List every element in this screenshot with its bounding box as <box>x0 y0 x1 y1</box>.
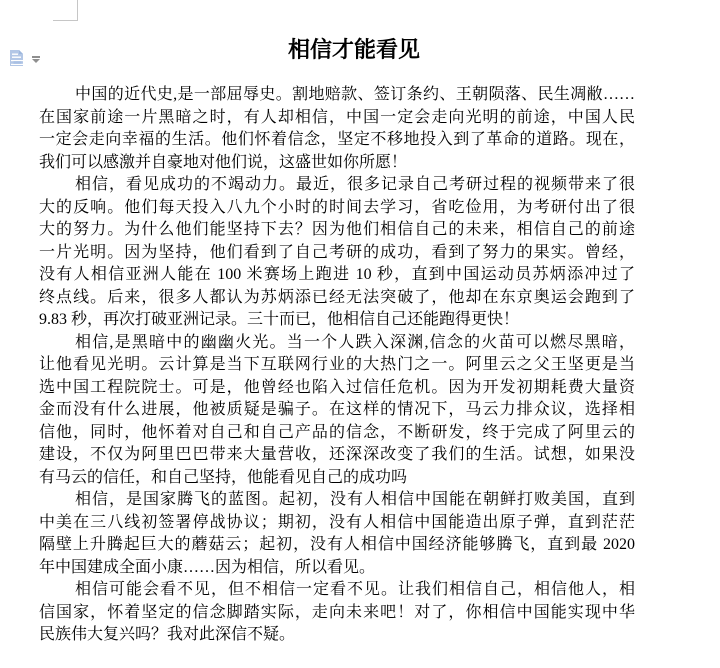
text-line: 相信,是黑暗中的幽幽火光。当一个人跌入深渊,信念的火苗可以燃尽黑暗， <box>39 332 635 355</box>
text-line: 一片光明。因为坚持，他们看到了自己考研的成功，看到了努力的果实。曾经， <box>39 242 635 265</box>
text-line: 建设，不仅为阿里巴巴带来大量营收，还深深改变了我们的生活。试想，如果没 <box>39 444 635 467</box>
text-line: 一定会走向幸福的生活。他们怀着信念，坚定不移地投入到了革命的道路。现在， <box>39 129 635 152</box>
margin-crop-mark-vertical <box>77 0 78 20</box>
text-line: 9.83 秒，再次打破亚洲记录。三十而已，他相信自己还能跑得更快！ <box>39 309 635 332</box>
essay-body: 中国的近代史,是一部屈辱史。割地赔款、签订条约、王朝陨落、民生凋敝……在国家前途… <box>39 84 635 647</box>
chevron-down-icon[interactable] <box>32 56 40 63</box>
text-line: 相信，看见成功的不竭动力。最近，很多记录自己考研过程的视频带来了很 <box>39 174 635 197</box>
text-line: 让他看见光明。云计算是当下互联网行业的大热门之一。阿里云之父王坚更是当 <box>39 354 635 377</box>
text-line: 选中国工程院院士。可是，他曾经也陷入过信任危机。因为开发初期耗费大量资 <box>39 377 635 400</box>
margin-crop-mark-horizontal <box>53 20 78 21</box>
document-title: 相信才能看见 <box>40 36 668 64</box>
text-line: 没有人相信亚洲人能在 100 米赛场上跑进 10 秒，直到中国运动员苏炳添冲过了 <box>39 264 635 287</box>
text-line: 金而没有什么进展，他被质疑是骗子。在这样的情况下，马云力排众议，选择相 <box>39 399 635 422</box>
text-line: 年中国建成全面小康……因为相信，所以看见。 <box>39 557 635 580</box>
text-line: 隔壁上升腾起巨大的蘑菇云；起初，没有人相信中国经济能够腾飞，直到最 2020 <box>39 534 635 557</box>
paste-document-icon <box>9 49 27 69</box>
text-line: 大的努力。为什么他们能坚持下去？因为他们相信自己的未来，相信自己的前途 <box>39 219 635 242</box>
text-line: 信国家，怀着坚定的信念脚踏实际，走向未来吧！对了，你相信中国能实现中华 <box>39 602 635 625</box>
text-line: 有马云的信任，和自己坚持，他能看见自己的成功吗 <box>39 467 635 490</box>
text-line: 相信可能会看不见，但不相信一定看不见。让我们相信自己，相信他人，相 <box>39 579 635 602</box>
text-line: 民族伟大复兴吗？我对此深信不疑。 <box>39 624 635 647</box>
text-line: 我们可以感激并自豪地对他们说，这盛世如你所愿！ <box>39 152 635 175</box>
text-line: 终点线。后来，很多人都认为苏炳添已经无法突破了，他却在东京奥运会跑到了 <box>39 287 635 310</box>
text-line: 大的反响。他们每天投入八九个小时的时间去学习，省吃俭用，为考研付出了很 <box>39 197 635 220</box>
text-line: 中国的近代史,是一部屈辱史。割地赔款、签订条约、王朝陨落、民生凋敝…… <box>39 84 635 107</box>
text-line: 在国家前途一片黑暗之时，有人却相信，中国一定会走向光明的前途，中国人民 <box>39 107 635 130</box>
text-line: 相信，是国家腾飞的蓝图。起初，没有人相信中国能在朝鲜打败美国，直到 <box>39 489 635 512</box>
document-page: 相信才能看见 中国的近代史,是一部屈辱史。割地赔款、签订条约、王朝陨落、民生凋敝… <box>0 0 720 668</box>
text-line: 信他，同时，他怀着对自己和自己产品的信念，不断研发，终于完成了阿里云的 <box>39 422 635 445</box>
text-line: 中美在三八线初签署停战协议；期初，没有人相信中国能造出原子弹，直到茫茫 <box>39 512 635 535</box>
